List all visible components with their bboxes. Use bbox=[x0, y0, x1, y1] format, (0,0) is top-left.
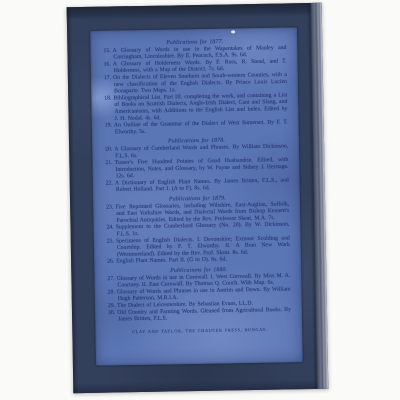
publications-section: Publications for 1880. 27.Glossary of Wo… bbox=[107, 265, 291, 323]
entry-text: Specimens of English Dialects. I. Devons… bbox=[116, 235, 290, 258]
entry-number: 23. bbox=[106, 204, 115, 210]
publication-entry: 18.Bibliographical List. Part III. compl… bbox=[104, 92, 287, 122]
entry-number: 30. bbox=[108, 309, 117, 315]
entry-number: 21. bbox=[105, 159, 114, 165]
publications-section: Publications for 1877. 15.A Glossary of … bbox=[103, 37, 288, 135]
publications-section: Publications for 1878. 20.A Glossary of … bbox=[105, 136, 289, 194]
pasted-publications-label: Publications for 1877. 15.A Glossary of … bbox=[90, 27, 303, 366]
entry-number: 16. bbox=[104, 61, 113, 67]
entry-number: 17. bbox=[104, 74, 113, 80]
publication-entry: 26.English Plant Names. Part II. (G to O… bbox=[107, 255, 290, 265]
entry-text: Old Country and Farming Words. Gleaned f… bbox=[117, 306, 291, 322]
entry-number: 19. bbox=[105, 122, 114, 128]
entry-number: 28. bbox=[108, 289, 117, 295]
entry-number: 25. bbox=[107, 238, 116, 244]
publication-entry: 22.A Dictionary of English Plant Names. … bbox=[106, 177, 289, 194]
book-back-cover: Publications for 1877. 15.A Glossary of … bbox=[67, 3, 329, 393]
publication-entry: 19.An Outline of the Grammar of the Dial… bbox=[105, 119, 288, 136]
entry-text: An Outline of the Grammar of the Dialect… bbox=[114, 119, 288, 135]
book-photograph: Publications for 1877. 15.A Glossary of … bbox=[0, 0, 400, 400]
entry-text: On the Dialects of Eleven Southern and S… bbox=[113, 71, 287, 94]
entry-number: 26. bbox=[107, 258, 116, 264]
entry-number: 22. bbox=[106, 180, 115, 186]
entry-text: English Plant Names. Part II. (G to O). … bbox=[116, 256, 227, 264]
entry-number: 20. bbox=[105, 146, 114, 152]
entry-number: 27. bbox=[107, 275, 116, 281]
publications-list: Publications for 1877. 15.A Glossary of … bbox=[103, 37, 291, 335]
printer-imprint: CLAY AND TAYLOR, THE CHAUCER PRESS, BUNG… bbox=[108, 326, 291, 336]
entry-number: 24. bbox=[106, 224, 115, 230]
entry-number: 18. bbox=[104, 95, 113, 101]
entry-text: Five Reprinted Glossaries, including Wil… bbox=[115, 201, 289, 224]
entry-text: Bibliographical List. Part III. completi… bbox=[113, 92, 287, 121]
entry-number: 15. bbox=[103, 47, 112, 53]
publications-section: Publications for 1879. 23.Five Reprinted… bbox=[106, 194, 290, 265]
entry-number: 29. bbox=[108, 302, 117, 308]
paper-speck bbox=[231, 30, 235, 33]
publication-entry: 30.Old Country and Farming Words. Gleane… bbox=[108, 306, 291, 323]
entry-text: A Dictionary of English Plant Names. By … bbox=[115, 177, 289, 193]
entry-text: Tusser's Five Hundred Pointes of Good Hu… bbox=[115, 156, 289, 179]
